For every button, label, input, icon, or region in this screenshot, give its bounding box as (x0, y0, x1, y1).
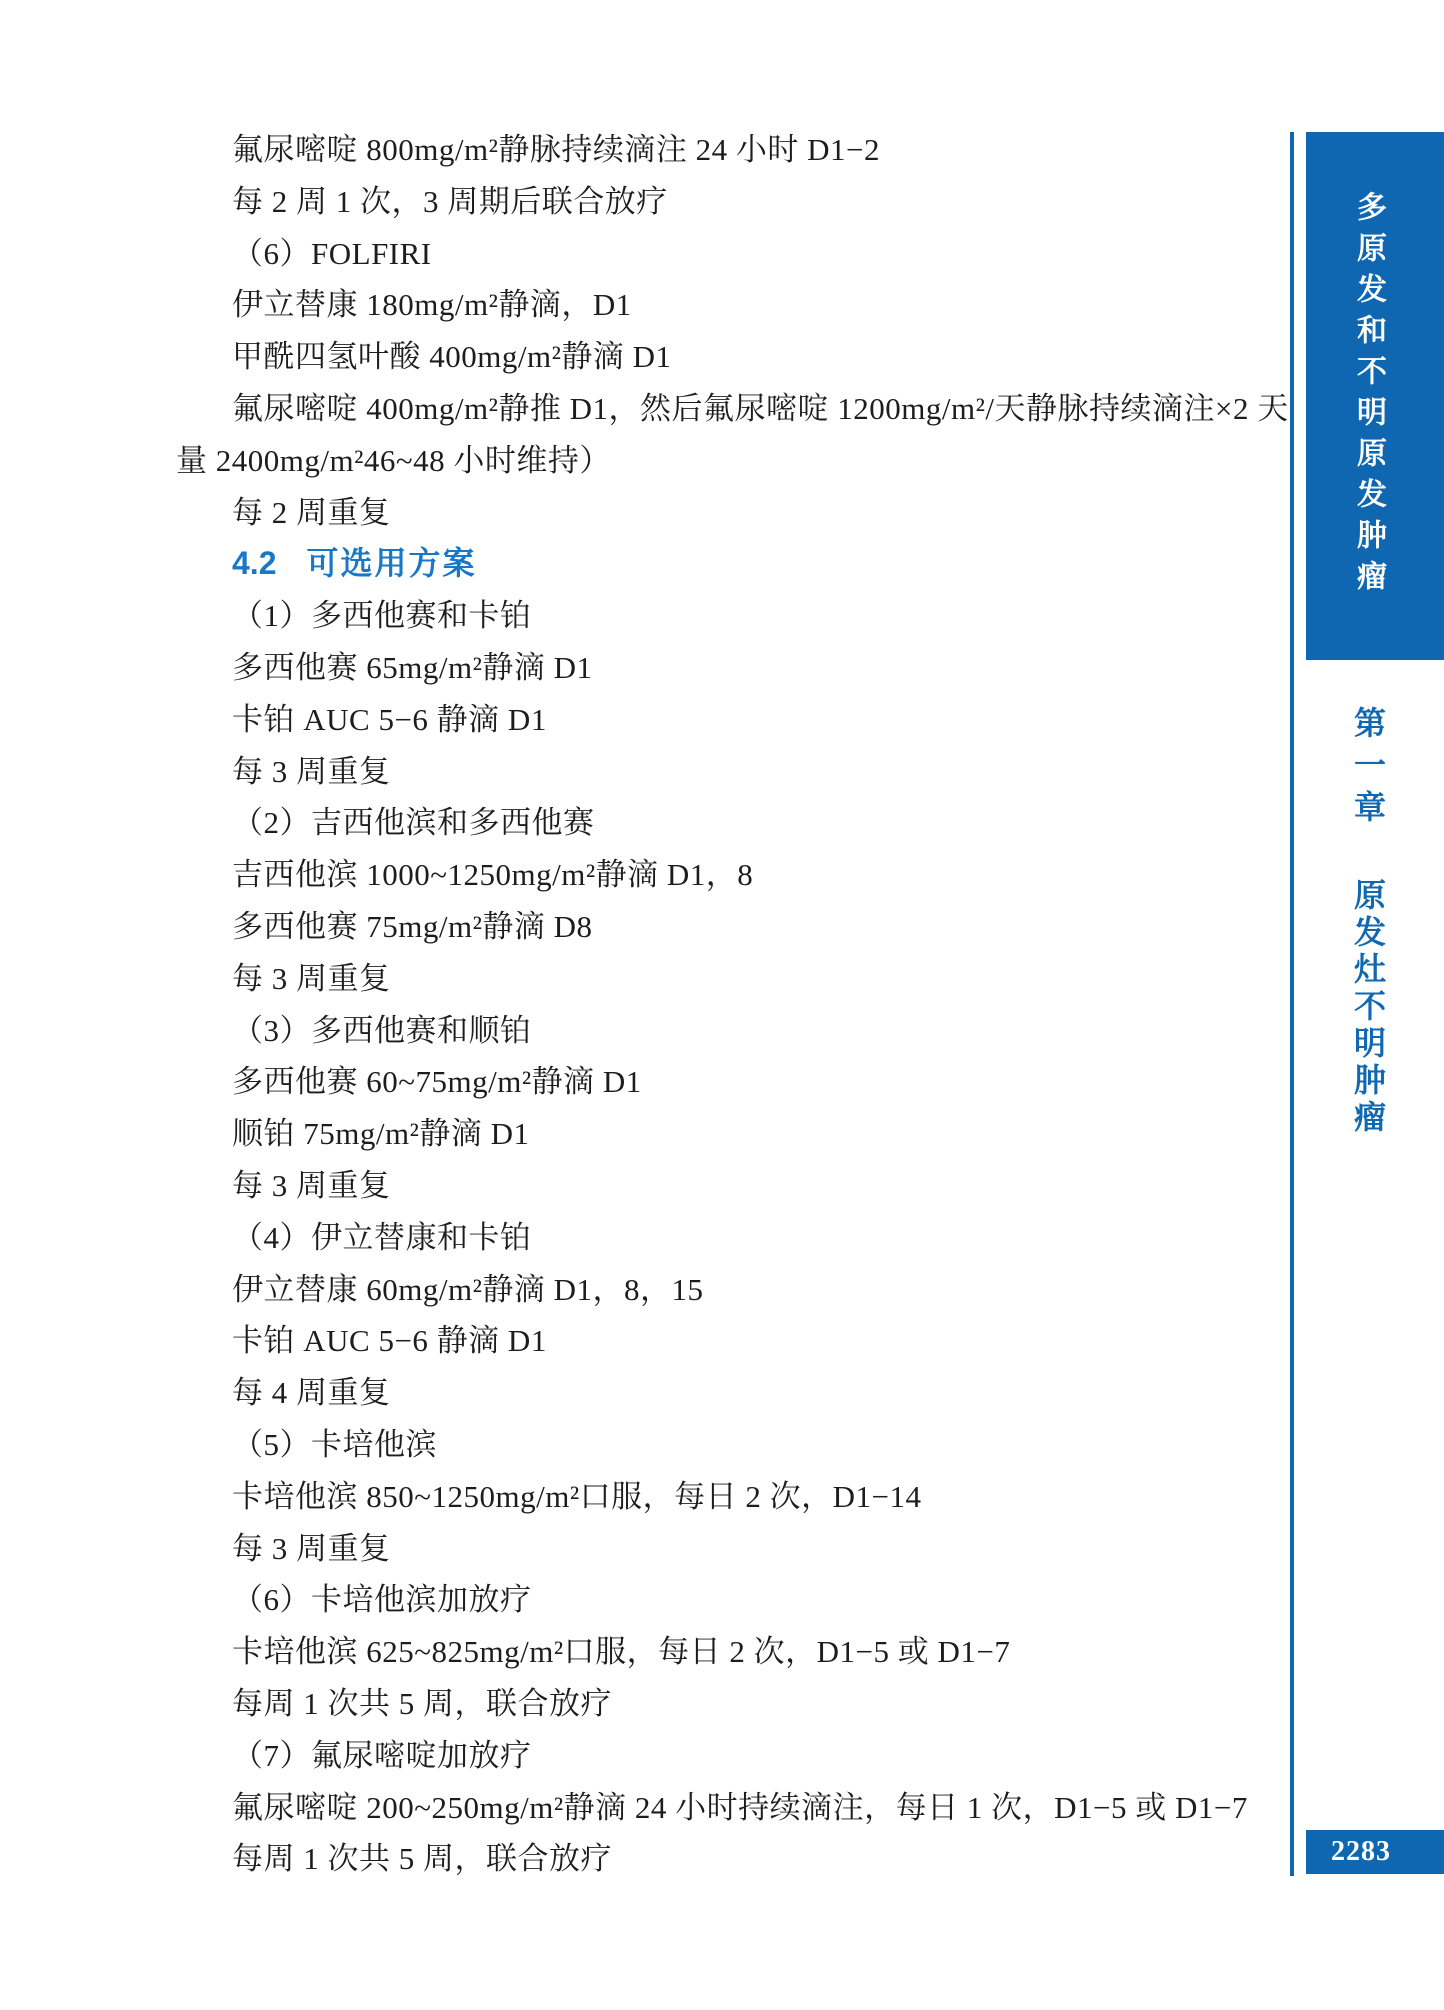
text-line: 卡铂 AUC 5−6 静滴 D1 (176, 694, 1288, 746)
text-line: 多西他赛 60~75mg/m²静滴 D1 (176, 1056, 1288, 1108)
chapter-number: 第一章 (1345, 706, 1391, 832)
text-line: （4）伊立替康和卡铂 (176, 1212, 1288, 1264)
section-number: 4.2 (232, 545, 276, 581)
text-line: 每 4 周重复 (176, 1367, 1288, 1419)
text-line: 吉西他滨 1000~1250mg/m²静滴 D1，8 (176, 849, 1288, 901)
text-line: 伊立替康 60mg/m²静滴 D1，8，15 (176, 1264, 1288, 1316)
text-line: （1）多西他赛和卡铂 (176, 590, 1288, 642)
text-line-wrap: 量 2400mg/m²46~48 小时维持） (176, 435, 1288, 487)
text-line: （3）多西他赛和顺铂 (176, 1005, 1288, 1057)
main-text-column: 氟尿嘧啶 800mg/m²静脉持续滴注 24 小时 D1−2 每 2 周 1 次… (176, 124, 1288, 1885)
text-line: （2）吉西他滨和多西他赛 (176, 797, 1288, 849)
text-line: （5）卡培他滨 (176, 1419, 1288, 1471)
sidebar-chapter-block: 第一章 原发灶不明肿瘤 (1306, 706, 1430, 1137)
text-line: 每 2 周 1 次，3 周期后联合放疗 (176, 176, 1288, 228)
text-line: 氟尿嘧啶 200~250mg/m²静滴 24 小时持续滴注，每日 1 次，D1−… (176, 1782, 1288, 1834)
text-line: 卡培他滨 850~1250mg/m²口服，每日 2 次，D1−14 (176, 1471, 1288, 1523)
text-line: 每 3 周重复 (176, 953, 1288, 1005)
text-line: 氟尿嘧啶 400mg/m²静推 D1，然后氟尿嘧啶 1200mg/m²/天静脉持… (176, 383, 1288, 435)
text-line: 卡铂 AUC 5−6 静滴 D1 (176, 1315, 1288, 1367)
sidebar-category-label: 多原发和不明原发肿瘤 (1346, 191, 1390, 601)
sidebar-divider-line (1290, 132, 1294, 1876)
text-line: 伊立替康 180mg/m²静滴，D1 (176, 279, 1288, 331)
text-line: 多西他赛 65mg/m²静滴 D1 (176, 642, 1288, 694)
section-heading: 4.2可选用方案 (176, 538, 1288, 590)
text-line: 氟尿嘧啶 800mg/m²静脉持续滴注 24 小时 D1−2 (176, 124, 1288, 176)
sidebar-category-tab: 多原发和不明原发肿瘤 (1306, 132, 1444, 660)
page-number: 2283 (1331, 1836, 1391, 1868)
page-number-box: 2283 (1306, 1830, 1444, 1874)
text-line: 每 3 周重复 (176, 746, 1288, 798)
section-title: 可选用方案 (306, 545, 476, 581)
text-line: 每 2 周重复 (176, 487, 1288, 539)
text-line: 多西他赛 75mg/m²静滴 D8 (176, 901, 1288, 953)
text-line: 顺铂 75mg/m²静滴 D1 (176, 1108, 1288, 1160)
text-line: （7）氟尿嘧啶加放疗 (176, 1730, 1288, 1782)
text-line: 每 3 周重复 (176, 1523, 1288, 1575)
text-line: 卡培他滨 625~825mg/m²口服，每日 2 次，D1−5 或 D1−7 (176, 1626, 1288, 1678)
chapter-title: 原发灶不明肿瘤 (1345, 878, 1391, 1137)
text-line: （6）卡培他滨加放疗 (176, 1574, 1288, 1626)
text-line: 每周 1 次共 5 周，联合放疗 (176, 1678, 1288, 1730)
text-line: 每周 1 次共 5 周，联合放疗 (176, 1833, 1288, 1885)
text-line: （6）FOLFIRI (176, 228, 1288, 280)
text-line: 每 3 周重复 (176, 1160, 1288, 1212)
text-line: 甲酰四氢叶酸 400mg/m²静滴 D1 (176, 331, 1288, 383)
